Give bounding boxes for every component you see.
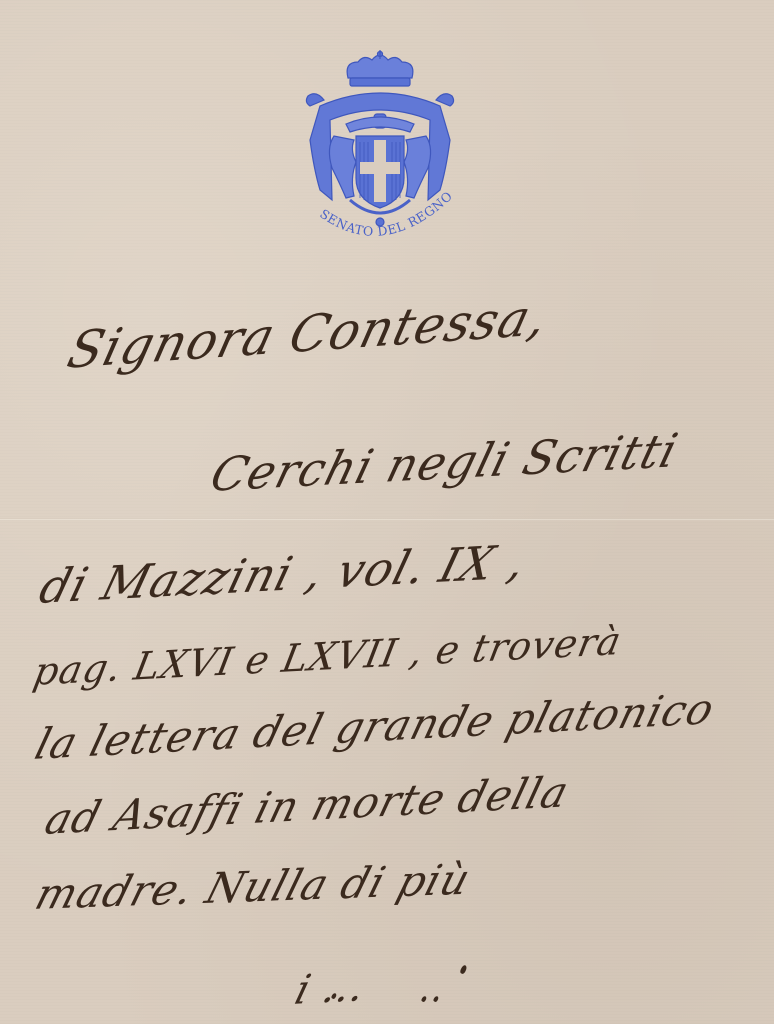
- body-line-5: ad Asaffi in morte della: [40, 767, 574, 844]
- ink-dot: [459, 964, 467, 974]
- body-line-4: la lettera del grande platonico: [30, 684, 720, 769]
- ink-dot: [421, 995, 427, 1002]
- body-line-3: pag. LXVI e LXVII , e troverà: [30, 619, 625, 694]
- body-line-6: madre. Nulla di più: [30, 854, 476, 919]
- body-line-2: di Mazzini , vol. IX ,: [34, 534, 533, 614]
- body-line-1: Cerchi negli Scritti: [205, 423, 684, 502]
- salutation: Signora Contessa,: [62, 287, 554, 380]
- ink-dot: [433, 995, 439, 1002]
- letter-body: Signora Contessa, Cerchi negli Scritti d…: [0, 0, 774, 1024]
- body-line-7-partial: i ...: [290, 964, 371, 1014]
